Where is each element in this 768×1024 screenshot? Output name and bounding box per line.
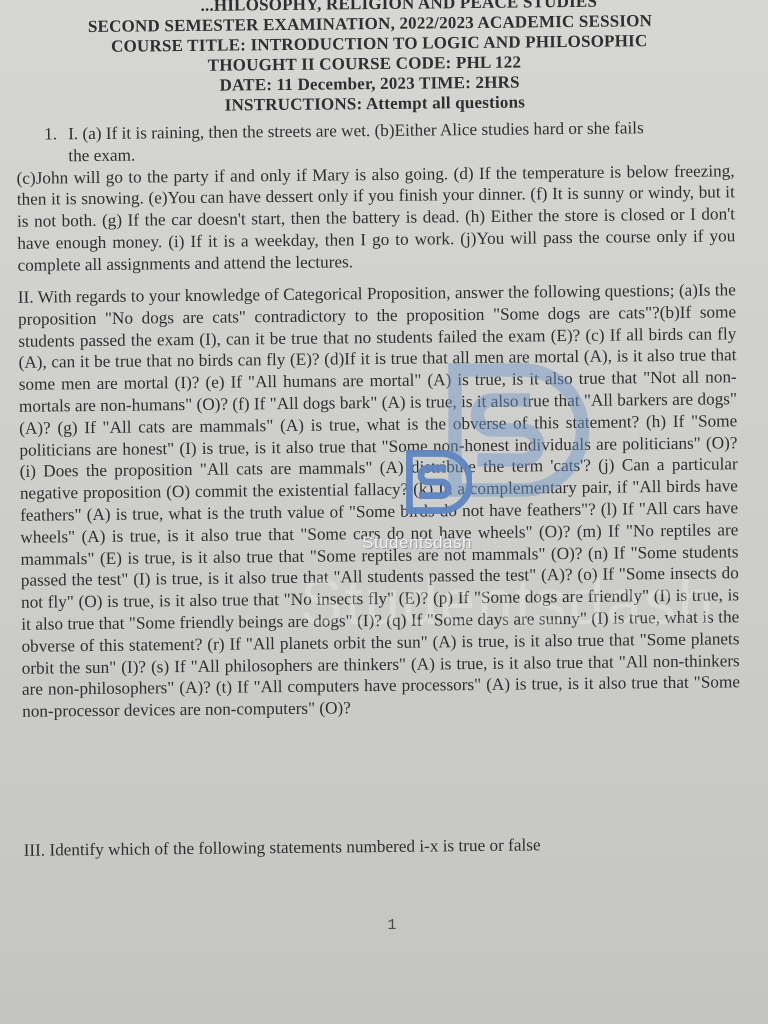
section-i-statements: (c)John will go to the party if and only… [16, 160, 735, 276]
exam-page: ...HILOSOPHY, RELIGION AND PEACE STUDIES… [0, 0, 768, 1024]
question-number: 1. [44, 123, 68, 145]
question-section-ii: II. With regards to your knowledge of Ca… [18, 279, 741, 722]
section-i-intro: I. (a) If it is raining, then the street… [68, 118, 644, 143]
section-ii-text: II. With regards to your knowledge of Ca… [18, 279, 741, 722]
sd-logo-icon [404, 448, 472, 516]
section-iii-text: III. Identify which of the following sta… [24, 832, 742, 861]
page-number: 1 [387, 917, 396, 934]
exam-header: ...HILOSOPHY, RELIGION AND PEACE STUDIES… [0, 0, 764, 118]
question-1-section-i: 1.I. (a) If it is raining, then the stre… [16, 116, 736, 276]
watermark-text: Studentsdash [362, 533, 472, 553]
watermark-text-large: Studentsdash [300, 565, 715, 639]
question-section-iii: III. Identify which of the following sta… [24, 832, 742, 861]
